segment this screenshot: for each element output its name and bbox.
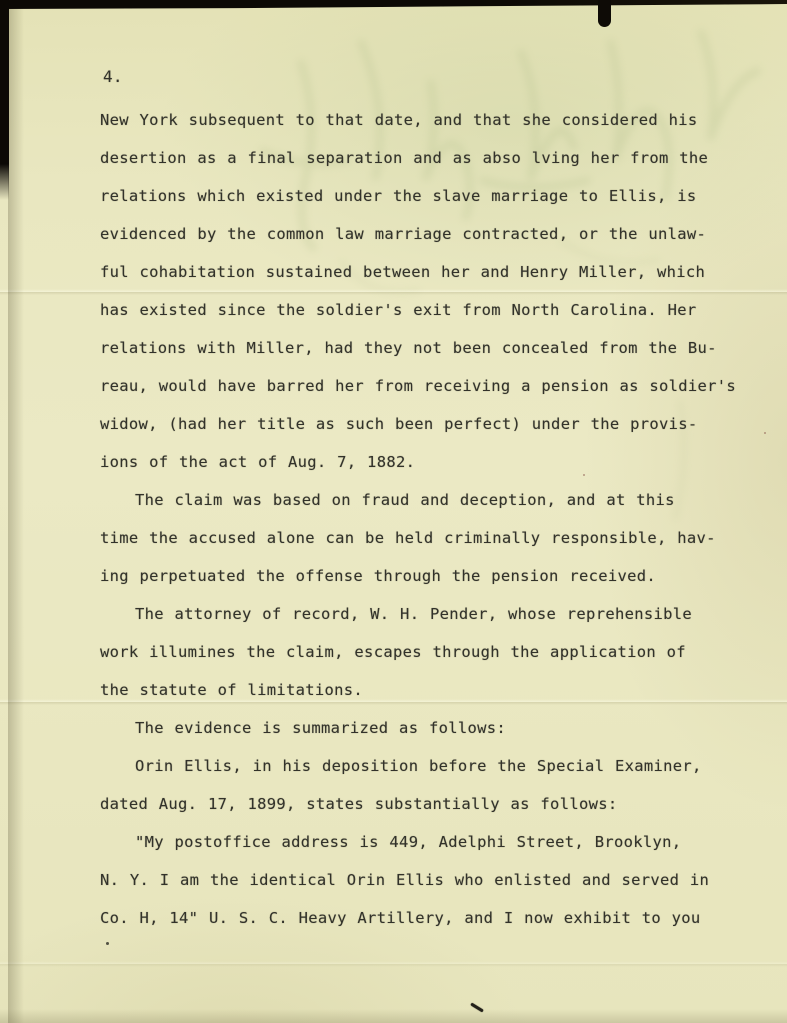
text-line: relations which existed under the slave … <box>100 177 772 215</box>
typewritten-text: New York subsequent to that date, and th… <box>100 101 772 937</box>
paper-bottom-shadow <box>0 1009 787 1023</box>
text-line: The attorney of record, W. H. Pender, wh… <box>100 595 772 633</box>
page-number: 4. <box>103 58 123 96</box>
text-line: The claim was based on fraud and decepti… <box>100 481 772 519</box>
text-line: New York subsequent to that date, and th… <box>100 101 772 139</box>
text-line: has existed since the soldier's exit fro… <box>100 291 772 329</box>
text-line: widow, (had her title as such been perfe… <box>100 405 772 443</box>
text-line: N. Y. I am the identical Orin Ellis who … <box>100 861 772 899</box>
stray-ink-dot <box>106 942 109 945</box>
scan-edge-notch <box>598 0 611 27</box>
scan-edge-left <box>0 0 9 200</box>
text-line: Orin Ellis, in his deposition before the… <box>100 747 772 785</box>
text-line: work illumines the claim, escapes throug… <box>100 633 772 671</box>
text-line: desertion as a final separation and as a… <box>100 139 772 177</box>
scan-edge-top <box>0 0 787 9</box>
paper-left-shadow <box>8 0 24 1023</box>
text-line: relations with Miller, had they not been… <box>100 329 772 367</box>
text-line: ing perpetuated the offense through the … <box>100 557 772 595</box>
text-line: ions of the act of Aug. 7, 1882. <box>100 443 772 481</box>
paper-speck <box>764 432 766 434</box>
paper-speck <box>583 474 585 476</box>
text-line: reau, would have barred her from receivi… <box>100 367 772 405</box>
text-line: ful cohabitation sustained between her a… <box>100 253 772 291</box>
text-line: the statute of limitations. <box>100 671 772 709</box>
text-line: Co. H, 14" U. S. C. Heavy Artillery, and… <box>100 899 772 937</box>
text-line: evidenced by the common law marriage con… <box>100 215 772 253</box>
fold-crease <box>0 961 787 968</box>
text-line: dated Aug. 17, 1899, states substantiall… <box>100 785 772 823</box>
text-line: "My postoffice address is 449, Adelphi S… <box>100 823 772 861</box>
scanned-document-page: 4. New York subsequent to that date, and… <box>0 0 787 1023</box>
text-line: The evidence is summarized as follows: <box>100 709 772 747</box>
text-line: time the accused alone can be held crimi… <box>100 519 772 557</box>
